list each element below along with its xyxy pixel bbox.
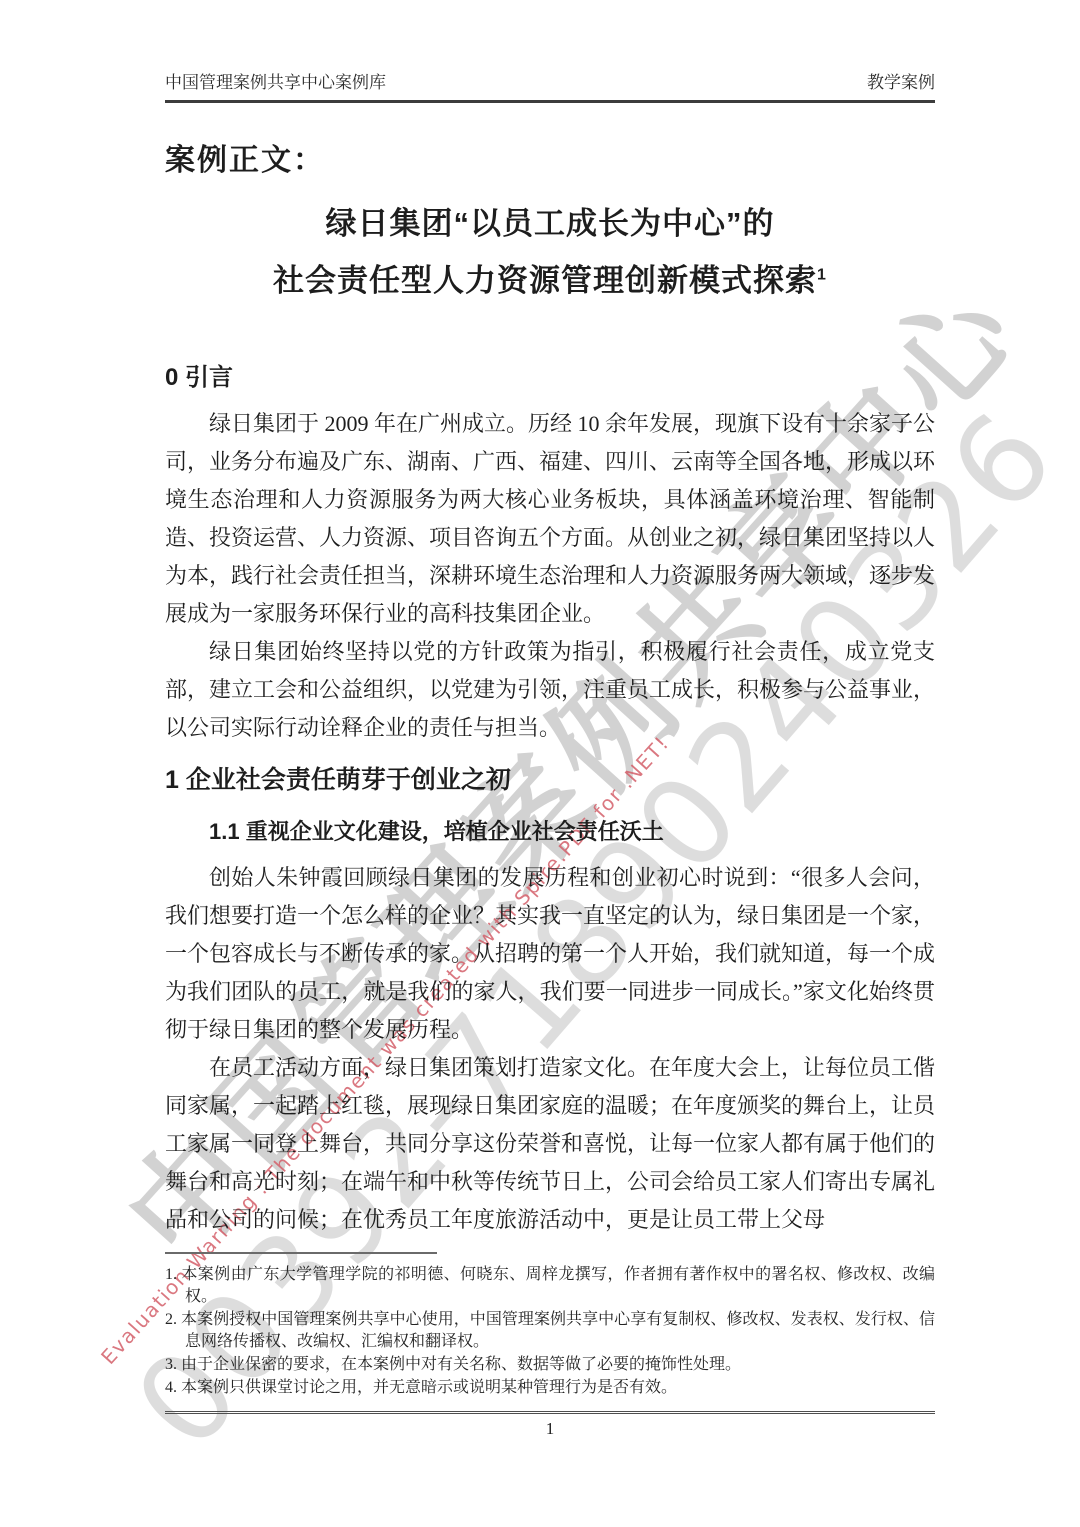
footnote-4: 4.本案例只供课堂讨论之用，并无意暗示或说明某种管理行为是否有效。 <box>165 1377 935 1399</box>
section-1-1-paragraph-2: 在员工活动方面，绿日集团策划打造家文化。在年度大会上，让每位员工偕同家属，一起踏… <box>165 1049 935 1239</box>
header-library-name: 中国管理案例共享中心案例库 <box>165 70 386 96</box>
header-doc-type: 教学案例 <box>867 70 935 96</box>
page-content: 中国管理案例共享中心案例库 教学案例 案例正文： 绿日集团“以员工成长为中心”的… <box>0 0 1080 1239</box>
section-0-heading: 0 引言 <box>165 359 935 397</box>
header-rule <box>165 100 935 103</box>
case-body-label: 案例正文： <box>165 139 935 183</box>
section-1-heading: 1 企业社会责任萌芽于创业之初 <box>165 759 935 801</box>
intro-paragraph-2: 绿日集团始终坚持以党的方针政策为指引，积极履行社会责任，成立党支部，建立工会和公… <box>165 633 935 747</box>
title-line-2: 社会责任型人力资源管理创新模式探索 <box>273 263 817 298</box>
footnote-3: 3.由于企业保密的要求，在本案例中对有关名称、数据等做了必要的掩饰性处理。 <box>165 1354 935 1376</box>
title-footnote-marker: 1 <box>817 267 827 284</box>
footnote-2: 2.本案例授权中国管理案例共享中心使用，中国管理案例共享中心享有复制权、修改权、… <box>165 1309 935 1353</box>
page-header: 中国管理案例共享中心案例库 教学案例 <box>165 70 935 96</box>
footnote-text: 本案例只供课堂讨论之用，并无意暗示或说明某种管理行为是否有效。 <box>181 1379 677 1396</box>
footnote-1: 1.本案例由广东大学管理学院的祁明德、何晓东、周梓龙撰写，作者拥有著作权中的署名… <box>165 1264 935 1308</box>
section-1-1-paragraph-1: 创始人朱钟霞回顾绿日集团的发展历程和创业初心时说到：“很多人会问，我们想要打造一… <box>165 859 935 1049</box>
page-bottom: 1.本案例由广东大学管理学院的祁明德、何晓东、周梓龙撰写，作者拥有著作权中的署名… <box>165 1252 935 1441</box>
footnote-number: 3. <box>165 1356 181 1373</box>
page-number: 1 <box>165 1417 935 1441</box>
footnote-text: 本案例由广东大学管理学院的祁明德、何晓东、周梓龙撰写，作者拥有著作权中的署名权、… <box>181 1266 935 1305</box>
document-page: 00392-71890240326 中国管理案例共享中心 Evaluation … <box>0 0 1080 1527</box>
footer-rule <box>165 1411 935 1414</box>
footnote-number: 2. <box>165 1311 181 1328</box>
footnote-number: 1. <box>165 1266 181 1283</box>
footnote-separator <box>165 1252 437 1254</box>
intro-paragraph-1: 绿日集团于 2009 年在广州成立。历经 10 余年发展，现旗下设有十余家子公司… <box>165 405 935 633</box>
footnote-text: 由于企业保密的要求，在本案例中对有关名称、数据等做了必要的掩饰性处理。 <box>181 1356 741 1373</box>
section-1-1-heading: 1.1 重视企业文化建设，培植企业社会责任沃土 <box>165 813 935 851</box>
footnote-number: 4. <box>165 1379 181 1396</box>
title-line-1: 绿日集团“以员工成长为中心”的 <box>326 206 775 241</box>
footnote-text: 本案例授权中国管理案例共享中心使用，中国管理案例共享中心享有复制权、修改权、发表… <box>181 1311 935 1350</box>
document-title: 绿日集团“以员工成长为中心”的 社会责任型人力资源管理创新模式探索1 <box>165 195 935 309</box>
